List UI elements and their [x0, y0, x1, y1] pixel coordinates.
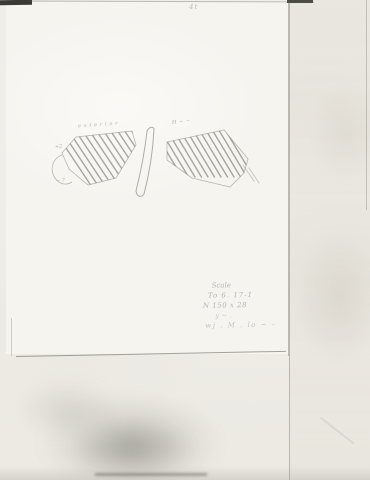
note-line: wj . M . lo ~ -: [205, 319, 293, 331]
top-pencil-smudge-mark: 4t: [189, 3, 199, 11]
central-body-shape: [136, 127, 154, 196]
handwritten-note-block: Scale To 6. 17-1 N 150 x 28 y ~ . wj . M…: [203, 279, 294, 331]
left-tip-mark-top: +2: [55, 144, 63, 151]
photo-background-right-strip: [289, 0, 370, 480]
left-tip-mark-bottom: ~ 7: [56, 178, 65, 185]
sheet-left-edge: [11, 318, 12, 356]
bottom-edge-dark-line: [95, 473, 207, 476]
gray-smudge-outer: [20, 382, 115, 437]
right-wing-hatching: [140, 107, 270, 177]
photo-right-edge-line: [366, 0, 367, 210]
pencil-sketch-drawing: [40, 95, 270, 215]
gray-smudge-main: [38, 392, 223, 480]
photograph-of-sketch: 4t: [0, 0, 370, 480]
gray-smudge-dense-core: [70, 418, 195, 480]
right-wing-tip-fade-hatching: [243, 165, 259, 183]
